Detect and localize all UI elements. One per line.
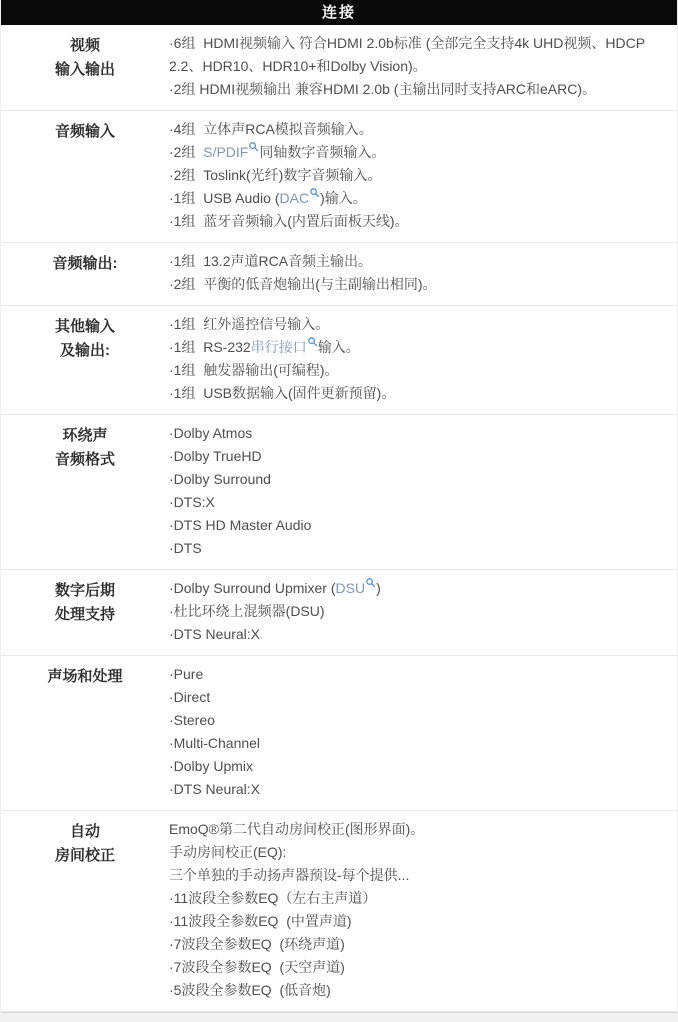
magnifier-zoom-icon[interactable] <box>366 578 375 587</box>
text-segment: 手动房间校正(EQ): <box>169 844 286 860</box>
spec-line: ·7波段全参数EQ (天空声道) <box>169 956 659 979</box>
text-segment: ·DTS:X <box>169 494 215 510</box>
spec-line: ·Dolby Upmix <box>169 755 659 778</box>
spec-line: ·1组 触发器输出(可编程)。 <box>169 359 659 382</box>
spec-label: 视频输入输出 <box>1 32 169 101</box>
spec-label: 声场和处理 <box>1 663 169 801</box>
spec-line: ·Dolby Surround <box>169 468 659 491</box>
spec-line: 手动房间校正(EQ): <box>169 841 659 864</box>
spec-line: ·杜比环绕上混频器(DSU) <box>169 600 659 623</box>
text-segment: ·7波段全参数EQ (环绕声道) <box>169 936 345 952</box>
spec-line: ·2组 S/PDIF同轴数字音频输入。 <box>169 141 659 164</box>
spec-line: ·DTS HD Master Audio <box>169 514 659 537</box>
magnifier-zoom-icon[interactable] <box>249 142 258 151</box>
spec-line: ·6组 HDMI视频输入 符合HDMI 2.0b标准 (全部完全支持4k UHD… <box>169 32 659 78</box>
spec-label: 音频输入 <box>1 118 169 233</box>
text-segment: ·1组 触发器输出(可编程)。 <box>169 362 339 378</box>
text-segment: ·DTS Neural:X <box>169 781 260 797</box>
spec-label-line: 其他输入 <box>1 315 169 339</box>
text-segment: ·1组 红外遥控信号输入。 <box>169 316 329 332</box>
text-segment: ·2组 平衡的低音炮输出(与主副输出相同)。 <box>169 276 437 292</box>
spec-line: ·2组 Toslink(光纤)数字音频输入。 <box>169 164 659 187</box>
spec-content: ·Dolby Surround Upmixer (DSU)·杜比环绕上混频器(D… <box>169 577 677 646</box>
spec-line: ·Stereo <box>169 709 659 732</box>
text-segment: ·2组 <box>169 144 203 160</box>
text-segment: ·杜比环绕上混频器(DSU) <box>169 603 325 619</box>
text-segment: ·Dolby Upmix <box>169 758 253 774</box>
glossary-link[interactable]: DSU <box>336 580 366 596</box>
spec-row: 数字后期处理支持 ·Dolby Surround Upmixer (DSU)·杜… <box>1 570 677 656</box>
text-segment: ·11波段全参数EQ (中置声道) <box>169 913 352 929</box>
text-segment: ·1组 USB Audio ( <box>169 190 280 206</box>
spec-line: ·DTS <box>169 537 659 560</box>
spec-line: ·1组 RS-232串行接口输入。 <box>169 336 659 359</box>
text-segment: ·Pure <box>169 666 203 682</box>
spec-row: 环绕声音频格式 ·Dolby Atmos·Dolby TrueHD·Dolby … <box>1 415 677 570</box>
spec-line: ·Pure <box>169 663 659 686</box>
text-segment: EmoQ®第二代自动房间校正(图形界面)。 <box>169 821 424 837</box>
text-segment: ·Dolby Surround Upmixer ( <box>169 580 336 596</box>
footer-bar <box>1 1012 677 1022</box>
spec-label-line: 视频 <box>1 34 169 58</box>
text-segment: ·6组 HDMI视频输入 符合HDMI 2.0b标准 (全部完全支持4k UHD… <box>169 35 649 74</box>
spec-line: ·1组 红外遥控信号输入。 <box>169 313 659 336</box>
spec-line: ·Dolby TrueHD <box>169 445 659 468</box>
spec-content: EmoQ®第二代自动房间校正(图形界面)。手动房间校正(EQ):三个单独的手动扬… <box>169 818 677 1002</box>
spec-label: 其他输入及输出: <box>1 313 169 405</box>
text-segment: ·1组 蓝牙音频输入(内置后面板天线)。 <box>169 213 409 229</box>
spec-label-line: 音频输出: <box>1 252 169 276</box>
spec-label-line: 数字后期 <box>1 579 169 603</box>
magnifier-zoom-icon[interactable] <box>310 188 319 197</box>
text-segment: ·Dolby Atmos <box>169 425 252 441</box>
text-segment: ·1组 USB数据输入(固件更新预留)。 <box>169 385 395 401</box>
spec-row: 音频输出: ·1组 13.2声道RCA音频主输出。·2组 平衡的低音炮输出(与主… <box>1 243 677 306</box>
text-segment: ·Dolby Surround <box>169 471 271 487</box>
spec-line: EmoQ®第二代自动房间校正(图形界面)。 <box>169 818 659 841</box>
spec-line: ·DTS:X <box>169 491 659 514</box>
spec-label-line: 音频输入 <box>1 120 169 144</box>
spec-label-line: 房间校正 <box>1 844 169 868</box>
spec-line: ·1组 USB数据输入(固件更新预留)。 <box>169 382 659 405</box>
text-segment: ·Dolby TrueHD <box>169 448 262 464</box>
spec-line: ·1组 USB Audio (DAC)输入。 <box>169 187 659 210</box>
text-segment: ·Multi-Channel <box>169 735 260 751</box>
spec-line: ·Dolby Surround Upmixer (DSU) <box>169 577 659 600</box>
spec-table-body: 视频输入输出 ·6组 HDMI视频输入 符合HDMI 2.0b标准 (全部完全支… <box>1 25 677 1012</box>
text-segment: ) <box>376 580 381 596</box>
spec-content: ·Pure·Direct·Stereo·Multi-Channel·Dolby … <box>169 663 677 801</box>
text-segment: ·1组 RS-232 <box>169 339 251 355</box>
text-segment: 同轴数字音频输入。 <box>259 144 385 160</box>
spec-line: ·Direct <box>169 686 659 709</box>
spec-label: 自动房间校正 <box>1 818 169 1002</box>
spec-content: ·1组 红外遥控信号输入。·1组 RS-232串行接口输入。·1组 触发器输出(… <box>169 313 677 405</box>
spec-line: ·11波段全参数EQ（左右主声道） <box>169 887 659 910</box>
spec-line: ·5波段全参数EQ (低音炮) <box>169 979 659 1002</box>
magnifier-zoom-icon[interactable] <box>308 337 317 346</box>
text-segment: ·Stereo <box>169 712 215 728</box>
spec-line: ·1组 蓝牙音频输入(内置后面板天线)。 <box>169 210 659 233</box>
spec-label: 数字后期处理支持 <box>1 577 169 646</box>
spec-row: 音频输入 ·4组 立体声RCA模拟音频输入。·2组 S/PDIF同轴数字音频输入… <box>1 111 677 243</box>
text-segment: 三个单独的手动扬声器预设-每个提供... <box>169 867 409 883</box>
spec-line: ·Dolby Atmos <box>169 422 659 445</box>
glossary-link[interactable]: DAC <box>280 190 310 206</box>
text-segment: ·7波段全参数EQ (天空声道) <box>169 959 345 975</box>
spec-label-line: 声场和处理 <box>1 665 169 689</box>
spec-label-line: 环绕声 <box>1 424 169 448</box>
text-segment: ·5波段全参数EQ (低音炮) <box>169 982 331 998</box>
spec-row: 视频输入输出 ·6组 HDMI视频输入 符合HDMI 2.0b标准 (全部完全支… <box>1 25 677 111</box>
text-segment: ·11波段全参数EQ（左右主声道） <box>169 890 376 906</box>
spec-line: ·2组 HDMI视频输出 兼容HDMI 2.0b (主输出同时支持ARC和eAR… <box>169 78 659 101</box>
text-segment: ·1组 13.2声道RCA音频主输出。 <box>169 253 372 269</box>
spec-label-line: 处理支持 <box>1 603 169 627</box>
text-segment: ·DTS HD Master Audio <box>169 517 311 533</box>
spec-line: ·4组 立体声RCA模拟音频输入。 <box>169 118 659 141</box>
spec-line: ·11波段全参数EQ (中置声道) <box>169 910 659 933</box>
spec-row: 其他输入及输出: ·1组 红外遥控信号输入。·1组 RS-232串行接口输入。·… <box>1 306 677 415</box>
spec-line: ·DTS Neural:X <box>169 623 659 646</box>
text-segment: ·DTS Neural:X <box>169 626 260 642</box>
text-segment: ·2组 Toslink(光纤)数字音频输入。 <box>169 167 381 183</box>
connection-spec-table: 连接 视频输入输出 ·6组 HDMI视频输入 符合HDMI 2.0b标准 (全部… <box>0 0 678 1022</box>
section-header: 连接 <box>1 0 677 25</box>
text-segment: ·4组 立体声RCA模拟音频输入。 <box>169 121 373 137</box>
spec-line: ·7波段全参数EQ (环绕声道) <box>169 933 659 956</box>
text-segment: ·2组 HDMI视频输出 兼容HDMI 2.0b (主输出同时支持ARC和eAR… <box>169 81 596 97</box>
text-segment: )输入。 <box>320 190 367 206</box>
glossary-link[interactable]: S/PDIF <box>203 144 248 160</box>
spec-label-line: 音频格式 <box>1 448 169 472</box>
glossary-link[interactable]: 串行接口 <box>251 339 307 355</box>
spec-line: 三个单独的手动扬声器预设-每个提供... <box>169 864 659 887</box>
spec-line: ·1组 13.2声道RCA音频主输出。 <box>169 250 659 273</box>
spec-line: ·Multi-Channel <box>169 732 659 755</box>
text-segment: ·DTS <box>169 540 202 556</box>
spec-content: ·Dolby Atmos·Dolby TrueHD·Dolby Surround… <box>169 422 677 560</box>
spec-content: ·6组 HDMI视频输入 符合HDMI 2.0b标准 (全部完全支持4k UHD… <box>169 32 677 101</box>
spec-label-line: 及输出: <box>1 339 169 363</box>
spec-label: 环绕声音频格式 <box>1 422 169 560</box>
spec-content: ·4组 立体声RCA模拟音频输入。·2组 S/PDIF同轴数字音频输入。·2组 … <box>169 118 677 233</box>
spec-label-line: 输入输出 <box>1 58 169 82</box>
spec-line: ·DTS Neural:X <box>169 778 659 801</box>
spec-row: 声场和处理 ·Pure·Direct·Stereo·Multi-Channel·… <box>1 656 677 811</box>
text-segment: 输入。 <box>318 339 360 355</box>
spec-label: 音频输出: <box>1 250 169 296</box>
text-segment: ·Direct <box>169 689 210 705</box>
spec-row: 自动房间校正 EmoQ®第二代自动房间校正(图形界面)。手动房间校正(EQ):三… <box>1 811 677 1012</box>
spec-line: ·2组 平衡的低音炮输出(与主副输出相同)。 <box>169 273 659 296</box>
spec-label-line: 自动 <box>1 820 169 844</box>
spec-content: ·1组 13.2声道RCA音频主输出。·2组 平衡的低音炮输出(与主副输出相同)… <box>169 250 677 296</box>
